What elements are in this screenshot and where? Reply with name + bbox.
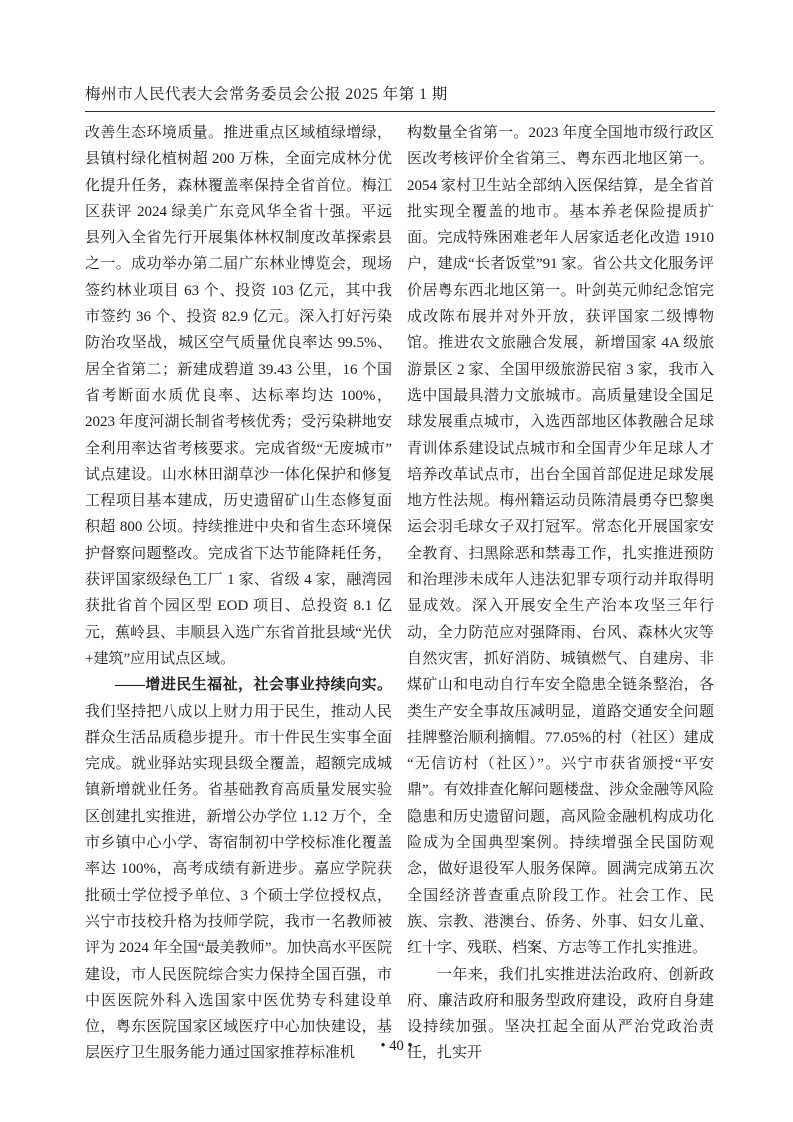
section-heading-minsheng: ——增进民生福祉，社会事业持续向实。 [115,677,392,693]
body-text-area: 改善生态环境质量。推进重点区域植绿增绿，县镇村绿化植树超 200 万株，全面完成… [85,120,715,1067]
paragraph-minsheng-text: 我们坚持把八成以上财力用于民生，推动人民群众生活品质稳步提升。市十件民生实事全面… [85,704,392,1062]
header-divider-rule [85,111,715,112]
bulletin-header-title: 梅州市人民代表大会常务委员会公报 2025 年第 1 期 [85,82,715,104]
paragraph-ecology-continuation: 改善生态环境质量。推进重点区域植绿增绿，县镇村绿化植树超 200 万株，全面完成… [85,120,392,672]
paragraph-minsheng: ——增进民生福祉，社会事业持续向实。我们坚持把八成以上财力用于民生，推动人民群众… [85,672,392,1066]
page-number: • 40 • [0,1038,793,1055]
right-column: 构数量全省第一。2023 年度全国地市级行政区医改考核评价全省第三、粤东西北地区… [407,120,714,1067]
paragraph-minsheng-continuation: 构数量全省第一。2023 年度全国地市级行政区医改考核评价全省第三、粤东西北地区… [407,120,714,962]
left-column: 改善生态环境质量。推进重点区域植绿增绿，县镇村绿化植树超 200 万株，全面完成… [85,120,392,1067]
document-page: 梅州市人民代表大会常务委员会公报 2025 年第 1 期 改善生态环境质量。推进… [0,0,793,1122]
